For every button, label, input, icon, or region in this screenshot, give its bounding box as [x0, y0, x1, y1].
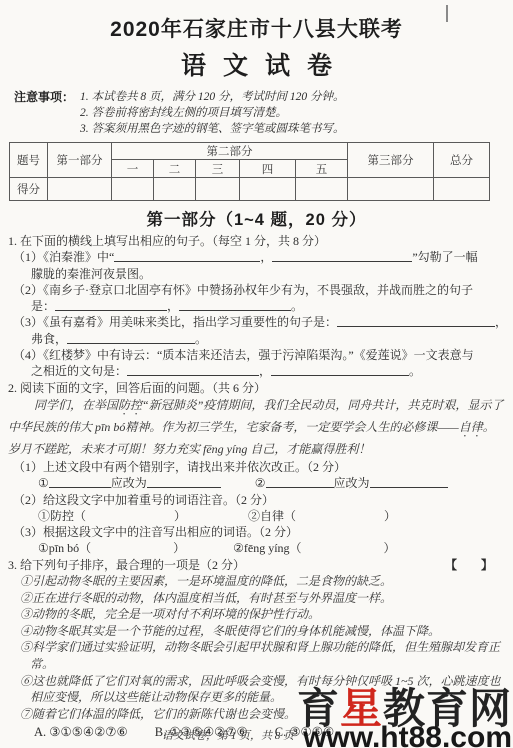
q3-sentence: ⑤科学家们通过实验证明，动物冬眠会引起甲状腺和肾上腺功能的降低，但生殖腺却发育正…: [0, 639, 513, 672]
emphasized-word: 自律: [459, 420, 483, 434]
page-title: 2020年石家庄市十八县大联考: [0, 0, 513, 43]
q2-passage-line: 中华民族的伟大 pīn bó精神。作为初三学生，宅家备考，一定要学会人生的必修课…: [0, 418, 513, 440]
table-subcol: 二: [154, 160, 196, 178]
scan-artifact: [446, 5, 448, 22]
q3-stem-row: 3. 给下列句子排序，最合理的一项是（2 分） 【 】: [0, 557, 513, 573]
score-row-label: 得分: [10, 178, 48, 201]
q1-item-3: （3）《虽有嘉肴》用美味来类比，指出学习重要性的句子是：，: [0, 314, 513, 330]
q2-passage-line: 同学们，在举国防控“新冠肺炎”疫情期间，我们全民动员，同舟共计，共克时艰，显示了: [0, 396, 513, 418]
table-header-question-no: 题号: [10, 143, 48, 178]
q1-item-4-cont: 之相近的文句是：，。: [0, 363, 513, 379]
q2-passage-line: 岁月不蹉跎，未来才可期！努力充实 fēng yíng 自己，才能赢得胜利！: [0, 440, 513, 459]
table-subcol: 一: [112, 160, 154, 178]
answer-blank: [49, 476, 111, 488]
table-subcol: 三: [196, 160, 240, 178]
notice-block: 注意事项： 1. 本试卷共 8 页，满分 120 分，考试时间 120 分钟。 …: [14, 89, 513, 137]
q2-sub2-stem: （2）给这段文字中加着重号的词语注音。（2 分）: [0, 492, 513, 508]
answer-bracket: 【 】: [445, 557, 493, 573]
q1-item-1-cont: 朦胧的秦淮河夜景图。: [0, 266, 513, 282]
page-footer: 语文试卷，第 1 页，共 8 页: [162, 727, 294, 743]
watermark: 育星教育网 www.ht88.com: [297, 691, 512, 748]
q1-item-2-cont: 是：，。: [0, 298, 513, 314]
score-cell: [154, 178, 196, 201]
table-subcol: 五: [296, 160, 348, 178]
q3-sentence: ③动物的冬眠，完全是一项对付不利环境的保护性行动。: [0, 606, 513, 623]
score-cell: [240, 178, 296, 201]
emphasized-word: 防控: [118, 398, 142, 412]
q1-stem: 1. 在下面的横线上填写出相应的句子。（每空 1 分，共 8 分）: [0, 233, 513, 249]
q2-sub1-answers: ①应改为②应改为: [0, 475, 513, 491]
score-cell: [434, 178, 490, 201]
q2-sub1-stem: （1）上述文段中有两个错别字，请找出来并依次改正。（2 分）: [0, 459, 513, 475]
q3-sentence: ①引起动物冬眠的主要因素，一是环境温度的降低，二是食物的缺乏。: [0, 573, 513, 590]
section-heading: 第一部分（1~4 题，20 分）: [0, 206, 513, 230]
answer-blank: [272, 250, 412, 262]
exam-page: 2020年石家庄市十八县大联考 语文试卷 注意事项： 1. 本试卷共 8 页，满…: [0, 0, 513, 748]
q2-sub3-stem: （3）根据这段文字中的注音写出相应的词语。（2 分）: [0, 524, 513, 540]
table-header-part1: 第一部分: [48, 143, 112, 178]
score-cell: [112, 178, 154, 201]
answer-blank: [271, 364, 409, 376]
question-2: 2. 阅读下面的文字，回答后面的问题。（共 6 分） 同学们，在举国防控“新冠肺…: [0, 380, 513, 557]
notice-label: 注意事项：: [14, 89, 74, 137]
q1-item-2: （2）《南乡子·登京口北固亭有怀》中赞扬孙权年少有为，不畏强敌，并战而胜之的句子: [0, 282, 513, 298]
table-header-total: 总分: [434, 143, 490, 178]
answer-blank: [114, 250, 260, 262]
q2-stem: 2. 阅读下面的文字，回答后面的问题。（共 6 分）: [0, 380, 513, 396]
table-header-part2: 第二部分: [112, 143, 348, 160]
score-cell: [196, 178, 240, 201]
page-subtitle: 语文试卷: [0, 46, 513, 82]
q2-sub3-answers: ①pīn bó（）②fēng yíng（）: [0, 540, 513, 556]
q1-item-4: （4）《红楼梦》中有诗云：“质本洁来还洁去，强于污淖陷渠沟。”《爱莲说》一文表意…: [0, 347, 513, 363]
answer-blank: [266, 476, 334, 488]
table-header-part3: 第三部分: [348, 143, 434, 178]
notice-item: 2. 答卷前将密封线左侧的项目填写清楚。: [80, 105, 345, 121]
watermark-url: www.ht88.com: [297, 725, 512, 748]
notice-item: 3. 答案须用黑色字迹的钢笔、签字笔或圆珠笔书写。: [80, 121, 345, 137]
answer-blank: [67, 332, 195, 344]
q2-sub2-answers: ①防控（）②自律（）: [0, 508, 513, 524]
score-table: 题号 第一部分 第二部分 第三部分 总分 一 二 三 四 五 得分: [9, 142, 490, 201]
answer-blank: [147, 476, 221, 488]
answer-blank: [370, 476, 448, 488]
option-a: A. ③①⑤④②⑦⑥: [34, 724, 128, 741]
score-cell: [296, 178, 348, 201]
question-1: 1. 在下面的横线上填写出相应的句子。（每空 1 分，共 8 分） （1）《泊秦…: [0, 233, 513, 380]
score-cell: [48, 178, 112, 201]
q1-item-3-cont: 弗食，。: [0, 331, 513, 347]
table-subcol: 四: [240, 160, 296, 178]
answer-blank: [337, 315, 495, 327]
answer-blank: [127, 364, 259, 376]
answer-blank: [55, 299, 167, 311]
notice-item: 1. 本试卷共 8 页，满分 120 分，考试时间 120 分钟。: [80, 89, 345, 105]
q3-sentence: ④动物冬眠其实是一个节能的过程，冬眠使得它们的身体机能减慢，体温下降。: [0, 623, 513, 640]
q3-stem: 3. 给下列句子排序，最合理的一项是（2 分）: [8, 557, 245, 573]
q1-item-1: （1）《泊秦淮》中“，”勾勒了一幅: [0, 249, 513, 265]
q3-sentence: ②正在进行冬眠的动物，体内温度相当低，有时甚至与外界温度一样。: [0, 590, 513, 607]
score-cell: [348, 178, 434, 201]
answer-blank: [179, 299, 291, 311]
